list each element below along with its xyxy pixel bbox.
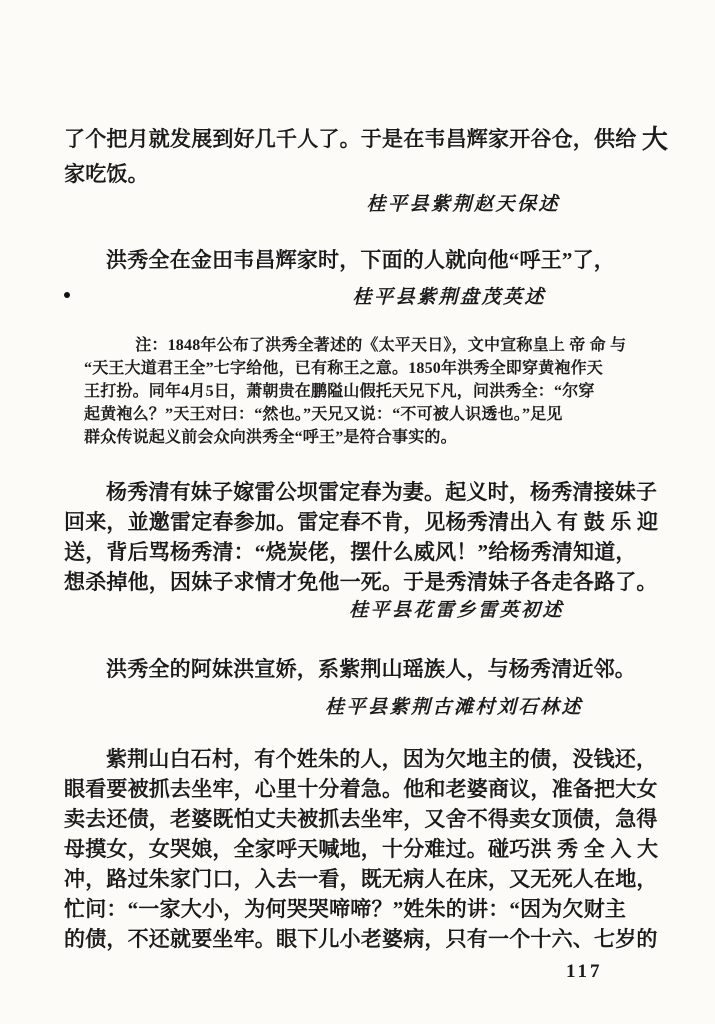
emphasized-character: 大: [642, 125, 668, 154]
paragraph-3: 杨秀清有妹子嫁雷公坝雷定春为妻。起义时，杨秀清接妹子 回来，並邀雷定春参加。雷定…: [64, 477, 634, 597]
scanned-book-page: 了个把月就发展到好几千人了。于是在韦昌辉家开谷仓，供给 大 家吃饭。 桂平县紫荆…: [0, 0, 715, 1024]
text-line: 家吃饭。: [64, 157, 634, 191]
note-line: 注：1848年公布了洪秀全著述的《太平天日》，文中宣称皇上 帝 命 与: [84, 334, 640, 357]
ink-dot: [64, 292, 70, 298]
paragraph-4: 洪秀全的阿妹洪宣娇，系紫荆山瑶族人，与杨秀清近邻。: [64, 652, 634, 686]
text-line: 母摸女，女哭娘，全家呼天喊地，十分难过。碰巧洪 秀 全 入 大: [64, 834, 634, 864]
attribution-2: 桂平县紫荆盘茂英述: [352, 282, 546, 309]
text-line: 洪秀全在金田韦昌辉家时，下面的人就向他“呼王”了，: [64, 243, 634, 277]
note-line: 王打扮。同年4月5日，萧朝贵在鹏隘山假托天兄下凡，问洪秀全：“尔穿: [84, 380, 640, 403]
text-line: 忙问：“一家大小，为何哭哭啼啼？”姓朱的讲：“因为欠财主: [64, 894, 634, 924]
note-block: 注：1848年公布了洪秀全著述的《太平天日》，文中宣称皇上 帝 命 与 “天王大…: [84, 334, 640, 449]
note-line: 起黄袍么？”天王对曰：“然也。”天兄又说：“不可被人识透也。”足见: [84, 403, 640, 426]
page-number: 117: [566, 961, 602, 983]
text-line: 紫荆山白石村，有个姓朱的人，因为欠地主的债，没钱还，: [64, 744, 634, 774]
attribution-4: 桂平县紫荆古滩村刘石林述: [325, 692, 583, 719]
text-line: 想杀掉他，因妹子求情才免他一死。于是秀清妹子各走各路了。: [64, 567, 634, 597]
text-line: 送，背后骂杨秀清：“烧炭佬，摆什么威风！”给杨秀清知道，: [64, 537, 634, 567]
text-line: 回来，並邀雷定春参加。雷定春不肯，见杨秀清出入 有 鼓 乐 迎: [64, 507, 634, 537]
attribution-3: 桂平县花雷乡雷英初述: [349, 595, 564, 622]
text-line: 冲，路过朱家门口，入去一看，既无病人在床，又无死人在地，: [64, 864, 634, 894]
text-line: 杨秀清有妹子嫁雷公坝雷定春为妻。起义时，杨秀清接妹子: [64, 477, 634, 507]
note-line: “天王大道君王全”七字给他，已有称王之意。1850年洪秀全即穿黄袍作天: [84, 357, 640, 380]
text-line: 的债，不还就要坐牢。眼下儿小老婆病，只有一个十六、七岁的: [64, 924, 634, 954]
paragraph-5: 紫荆山白石村，有个姓朱的人，因为欠地主的债，没钱还， 眼看要被抓去坐牢，心里十分…: [64, 744, 634, 954]
text-line: 洪秀全的阿妹洪宣娇，系紫荆山瑶族人，与杨秀清近邻。: [64, 652, 634, 686]
text-line: 眼看要被抓去坐牢，心里十分着急。他和老婆商议，准备把大女: [64, 774, 634, 804]
paragraph-2: 洪秀全在金田韦昌辉家时，下面的人就向他“呼王”了，: [64, 243, 634, 277]
paragraph-1: 了个把月就发展到好几千人了。于是在韦昌辉家开谷仓，供给 大 家吃饭。: [64, 122, 634, 191]
attribution-1: 桂平县紫荆赵天保述: [366, 189, 560, 216]
note-line: 群众传说起义前会众向洪秀全“呼王”是符合事实的。: [84, 426, 640, 449]
text-run: 了个把月就发展到好几千人了。于是在韦昌辉家开谷仓，供给: [64, 127, 642, 151]
text-line: 了个把月就发展到好几千人了。于是在韦昌辉家开谷仓，供给 大: [64, 122, 634, 157]
text-line: 卖去还债，老婆既怕丈夫被抓去坐牢，又舍不得卖女顶债，急得: [64, 804, 634, 834]
